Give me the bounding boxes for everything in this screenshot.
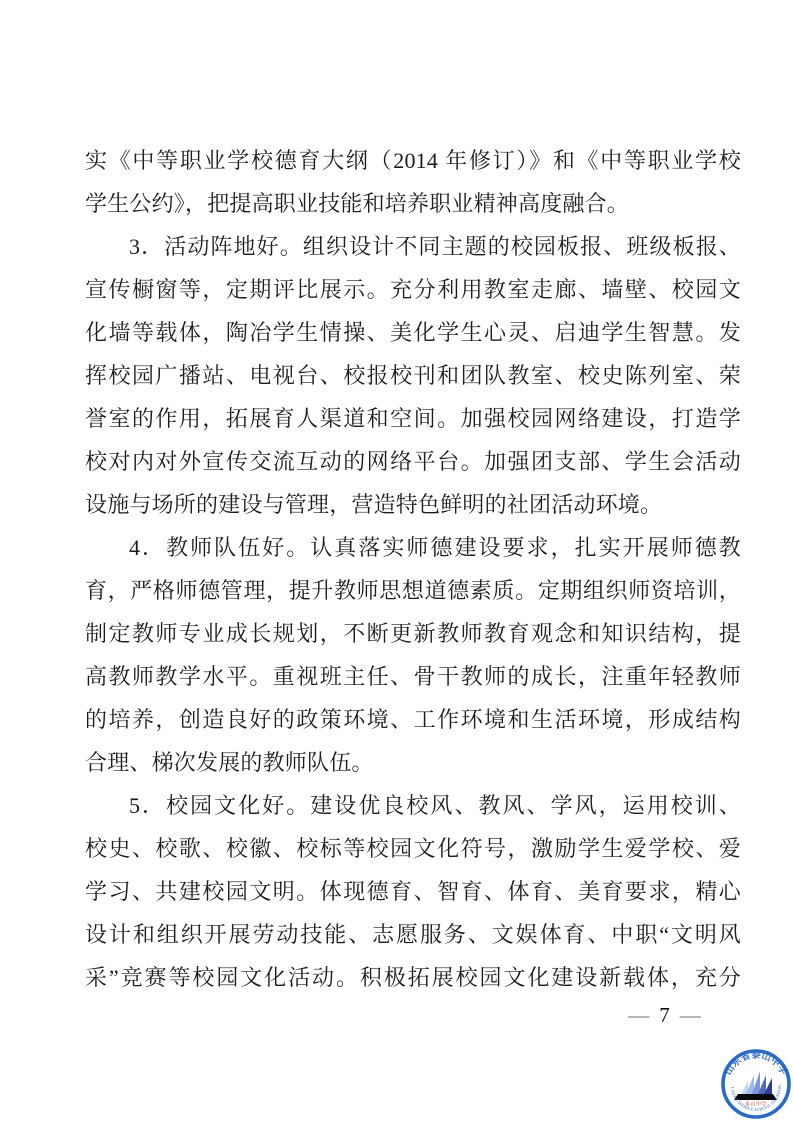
text-line: 学习、共建校园文明。体现德育、智育、体育、美育要求，精心 (85, 870, 741, 913)
text-line: 校史、校歌、校徽、校标等校园文化符号，激励学生爱学校、爱 (85, 827, 741, 870)
text-line: 3．活动阵地好。组织设计不同主题的校园板报、班级板报、 (85, 225, 741, 268)
text-line: 4．教师队伍好。认真落实师德建设要求，扎实开展师德教 (85, 526, 741, 569)
text-line: 化墙等载体，陶冶学生情操、美化学生心灵、启迪学生智慧。发 (85, 311, 741, 354)
text-line: 学生公约》，把提高职业技能和培养职业精神高度融合。 (85, 182, 741, 225)
text-line: 育，严格师德管理，提升教师思想道德素质。定期组织师资培训， (85, 569, 741, 612)
school-seal-icon: 山东省泰山中学 泰山中学 TAI SHAN MIDDLE SCHOOL SHAN… (721, 1049, 791, 1119)
text-line: 校对内对外宣传交流互动的网络平台。加强团支部、学生会活动 (85, 440, 741, 483)
text-line: 设施与场所的建设与管理，营造特色鲜明的社团活动环境。 (85, 483, 741, 526)
page-number-value: 7 (659, 1003, 671, 1027)
text-line: 的培养，创造良好的政策环境、工作环境和生活环境，形成结构 (85, 698, 741, 741)
text-line: 合理、梯次发展的教师队伍。 (85, 741, 741, 784)
text-line: 挥校园广播站、电视台、校报校刊和团队教室、校史陈列室、荣 (85, 354, 741, 397)
page-number: —7— (600, 1000, 730, 1030)
page-number-dash-right: — (671, 1003, 711, 1027)
mountain-base (734, 1094, 777, 1100)
document-body: 实《中等职业学校德育大纲（2014 年修订）》和《中等职业学校学生公约》，把提高… (85, 139, 741, 999)
text-line: 宣传橱窗等，定期评比展示。充分利用教室走廊、墙壁、校园文 (85, 268, 741, 311)
text-line: 5．校园文化好。建设优良校风、教风、学风，运用校训、 (85, 784, 741, 827)
text-line: 采”竞赛等校园文化活动。积极拓展校园文化建设新载体，充分 (85, 956, 741, 999)
text-line: 设计和组织开展劳动技能、志愿服务、文娱体育、中职“文明风 (85, 913, 741, 956)
text-line: 誉室的作用，拓展育人渠道和空间。加强校园网络建设，打造学 (85, 397, 741, 440)
text-line: 制定教师专业成长规划，不断更新教师教育观念和知识结构，提 (85, 612, 741, 655)
page-number-dash-left: — (619, 1003, 659, 1027)
document-page: 实《中等职业学校德育大纲（2014 年修订）》和《中等职业学校学生公约》，把提高… (0, 0, 793, 1122)
school-seal-logo: 山东省泰山中学 泰山中学 TAI SHAN MIDDLE SCHOOL SHAN… (721, 1049, 791, 1119)
text-line: 高教师教学水平。重视班主任、骨干教师的成长，注重年轻教师 (85, 655, 741, 698)
text-line: 实《中等职业学校德育大纲（2014 年修订）》和《中等职业学校 (85, 139, 741, 182)
